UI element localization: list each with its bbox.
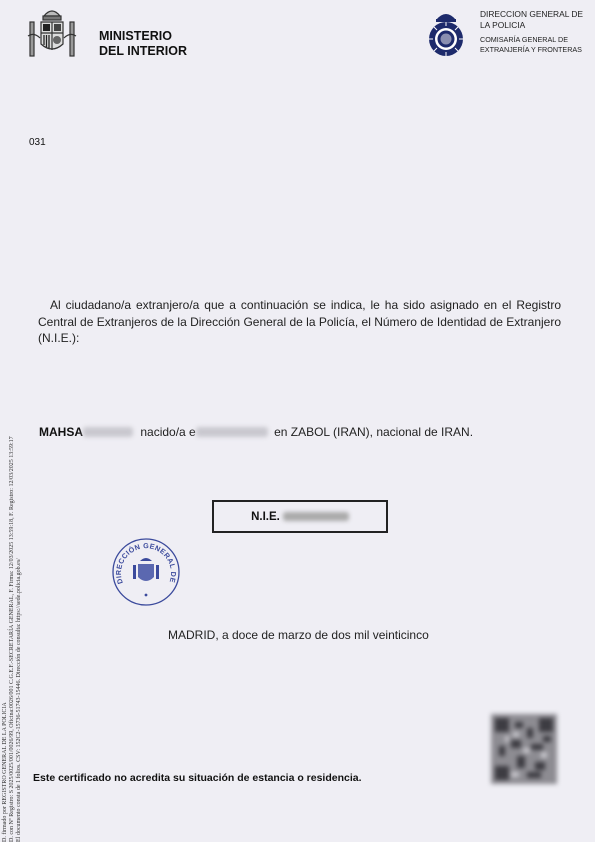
side-margin-registry-text: D. firmado por REGISTRO GENERAL DE LA PO… [2,342,24,842]
redacted-birth-date [196,427,268,437]
qr-code-icon [491,714,557,784]
commissariat-line-2: EXTRANJERÍA Y FRONTERAS [480,45,582,55]
directorate-line-1: DIRECCION GENERAL DE [480,9,583,20]
intro-paragraph: Al ciudadano/a extranjero/a que a contin… [38,297,561,347]
birthplace-text: en ZABOL (IRAN), nacional de IRAN. [274,425,473,439]
nie-label: N.I.E. [251,511,280,523]
commissariat-line-1: COMISARÍA GENERAL DE [480,35,582,45]
ministry-line-2: DEL INTERIOR [99,44,187,59]
ministry-line-1: MINISTERIO [99,29,187,44]
policia-nacional-badge-icon [426,8,466,58]
document-code: 031 [29,137,46,148]
commissariat-name: COMISARÍA GENERAL DE EXTRANJERÍA Y FRONT… [480,35,582,54]
place-and-date: MADRID, a doce de marzo de dos mil veint… [168,628,429,642]
disclaimer: Este certificado no acredita su situació… [33,772,362,784]
side-margin-line-3: El documento consta de 1 folios. CSV: 15… [16,342,23,842]
redacted-nie-value [283,512,349,521]
nie-box: N.I.E. [212,500,388,533]
official-seal-icon: DIRECCIÓN GENERAL DE LA POLICÍA [111,537,181,607]
spain-coat-of-arms-icon [26,4,78,62]
directorate-name: DIRECCION GENERAL DE LA POLICIA [480,9,583,30]
person-details: MAHSA nacido/a e en ZABOL (IRAN), nacion… [39,425,473,439]
redacted-surname [83,427,133,437]
intro-text: Al ciudadano/a extranjero/a que a contin… [38,297,561,347]
born-label: nacido/a e [140,425,195,439]
directorate-line-2: LA POLICIA [480,20,583,31]
ministry-name: MINISTERIO DEL INTERIOR [99,29,187,59]
person-first-name: MAHSA [39,425,83,439]
